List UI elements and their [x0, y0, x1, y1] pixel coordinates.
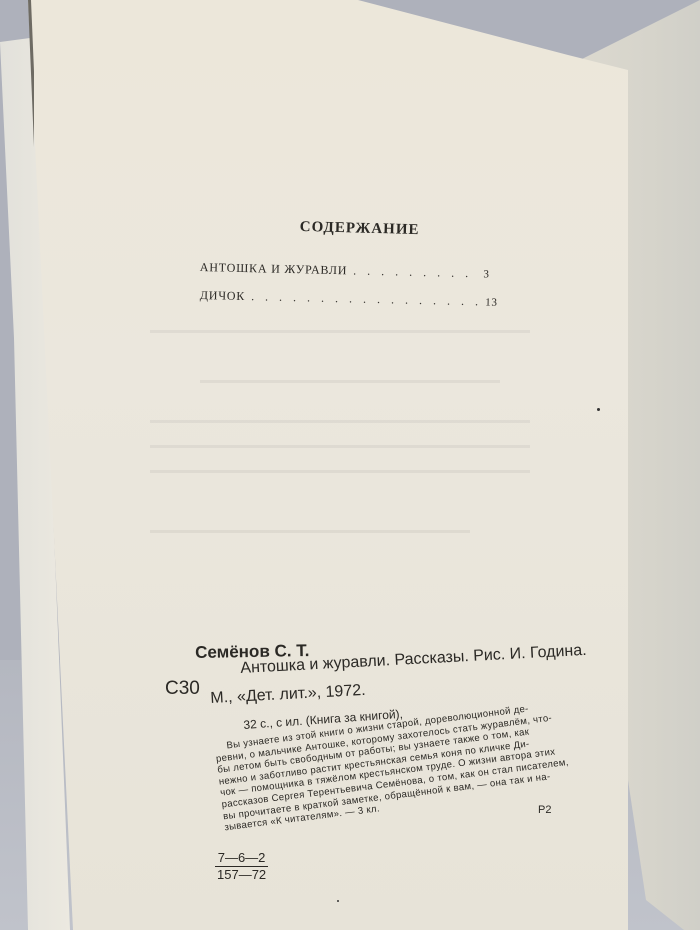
show-through-text: [150, 330, 530, 333]
toc-leader-dots: . . . . . . . . . . . . . .: [353, 263, 478, 281]
show-through-text: [150, 530, 470, 533]
toc-title: СОДЕРЖАНИЕ: [300, 219, 420, 239]
paper-speck: [597, 408, 600, 411]
paper-speck: [337, 900, 339, 902]
classification-index: Р2: [538, 804, 551, 816]
show-through-text: [150, 420, 530, 423]
toc-entry-page: 3: [483, 268, 490, 280]
show-through-text: [150, 470, 530, 473]
toc-entry-title: ДИЧОК: [200, 288, 246, 304]
show-through-text: [200, 380, 500, 383]
library-code: С30: [165, 678, 200, 700]
bbk-denominator: 157—72: [215, 867, 268, 882]
show-through-text: [150, 445, 530, 448]
bbk-fraction: 7—6—2 157—72: [215, 850, 268, 882]
toc-entry-page: 13: [485, 296, 498, 308]
bbk-numerator: 7—6—2: [215, 850, 268, 867]
